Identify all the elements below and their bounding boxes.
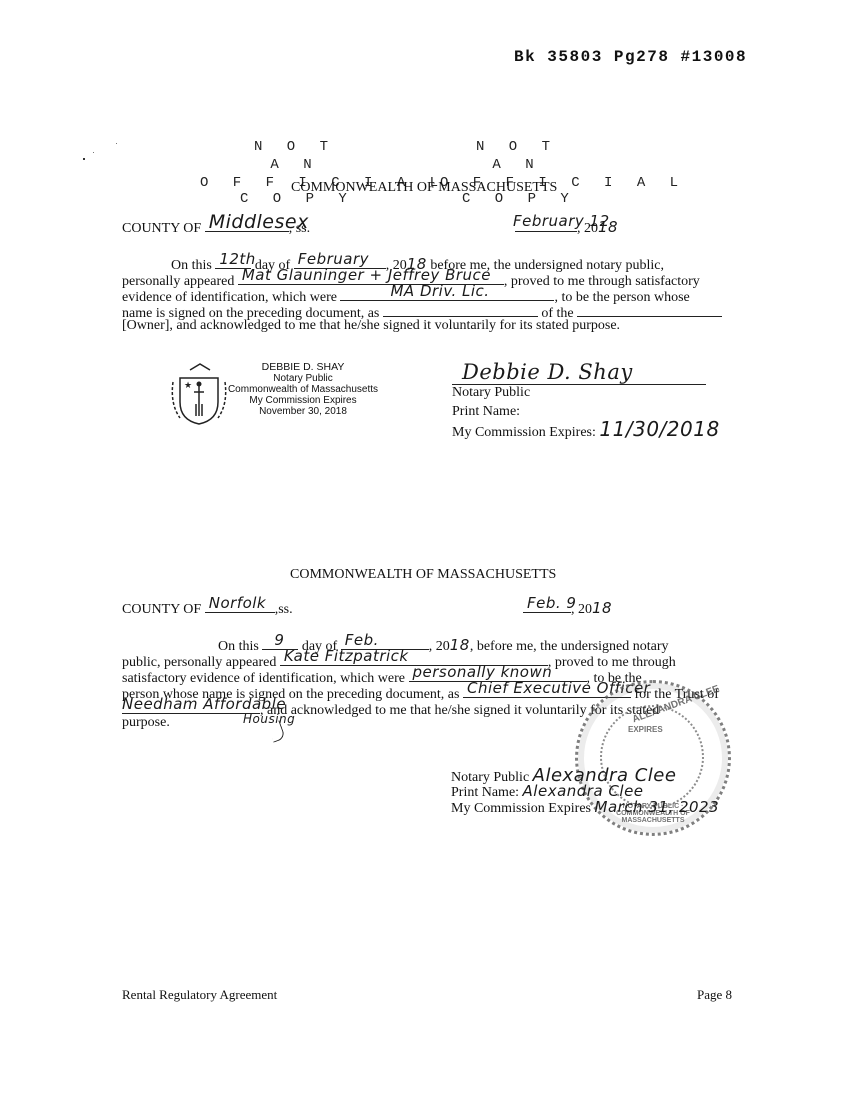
commission-line-1: My Commission Expires: 11/30/2018 — [452, 417, 720, 441]
section1-line5: [Owner], and acknowledged to me that he/… — [122, 318, 620, 334]
date-value: Feb. 9 — [527, 594, 576, 612]
county-label: COUNTY OF — [122, 602, 201, 617]
county-value: Middlesex — [209, 211, 309, 233]
notary-stamp: DEBBIE D. SHAY Notary Public Commonwealt… — [223, 362, 383, 417]
section2-county-line: COUNTY OF Norfolk,ss. — [122, 598, 293, 618]
book-page-reference: Bk 35803 Pg278 #13008 — [514, 48, 747, 66]
footer-page-number: Page 8 — [697, 987, 732, 1003]
county-field[interactable]: Norfolk — [205, 598, 275, 613]
commission-value[interactable]: 11/30/2018 — [599, 417, 719, 441]
signature-1: Debbie D. Shay — [462, 360, 633, 384]
county-field[interactable]: Middlesex — [205, 217, 289, 232]
commission-value[interactable]: March 31, 2023 — [595, 798, 720, 816]
stamp-expiry: November 30, 2018 — [223, 406, 383, 417]
scan-speck — [83, 158, 85, 160]
massachusetts-seal-icon: ★ — [170, 360, 228, 428]
watermark-left-line2: A N — [240, 157, 350, 173]
stamp-name: DEBBIE D. SHAY — [223, 362, 383, 373]
county-label: COUNTY OF — [122, 221, 201, 236]
date-field[interactable]: February 12 — [515, 217, 577, 232]
section2-line6: purpose. — [122, 715, 170, 731]
seal-inner-text: EXPIRES — [628, 725, 663, 734]
entity-field[interactable] — [577, 302, 722, 317]
footer-document-title: Rental Regulatory Agreement — [122, 987, 277, 1003]
date-field[interactable]: Feb. 9 — [523, 598, 571, 613]
organization-value: Needham Affordable — [122, 695, 286, 713]
date-value: February 12 — [513, 212, 610, 230]
notary-public-label-1: Notary Public — [452, 385, 530, 401]
appeared-name-value: Kate Fitzpatrick — [284, 647, 409, 665]
date-year-value: 18 — [592, 599, 612, 617]
ss-label: ,ss. — [275, 602, 293, 617]
svg-text:★: ★ — [184, 381, 192, 391]
scan-speck — [116, 143, 117, 144]
scan-speck — [93, 152, 94, 153]
section1-county-line: COUNTY OF Middlesex, ss. — [122, 217, 310, 237]
watermark-left-line1: N O T — [240, 139, 350, 155]
stamp-commission: My Commission Expires — [223, 395, 383, 406]
commission-line-2: My Commission Expires March 31, 2023 — [451, 798, 719, 817]
stamp-title: Notary Public — [223, 373, 383, 384]
identification-field[interactable]: MA Driv. Lic. — [340, 286, 554, 301]
stamp-state: Commonwealth of Massachusetts — [223, 384, 383, 395]
commission-label: My Commission Expires — [451, 801, 591, 816]
section2-date-line: Feb. 9, 2018 — [523, 598, 612, 618]
section2-title: COMMONWEALTH OF MASSACHUSETTS — [290, 567, 556, 583]
commission-label: My Commission Expires: — [452, 425, 596, 440]
county-value: Norfolk — [209, 594, 266, 612]
watermark-right-line1: N O T — [462, 139, 572, 155]
signature-line-1[interactable]: Debbie D. Shay — [452, 362, 706, 385]
watermark-right-line2: A N — [462, 157, 572, 173]
identification-value: MA Driv. Lic. — [390, 282, 489, 300]
section2-line5: Needham Affordable, and acknowledged to … — [122, 699, 659, 719]
section1-date-line: February 12, 2018 — [515, 217, 618, 237]
organization-field[interactable]: Needham Affordable — [122, 699, 260, 714]
section1-title: COMMONWEALTH OF MASSACHUSETTS — [291, 180, 557, 196]
capacity-field[interactable] — [383, 302, 538, 317]
